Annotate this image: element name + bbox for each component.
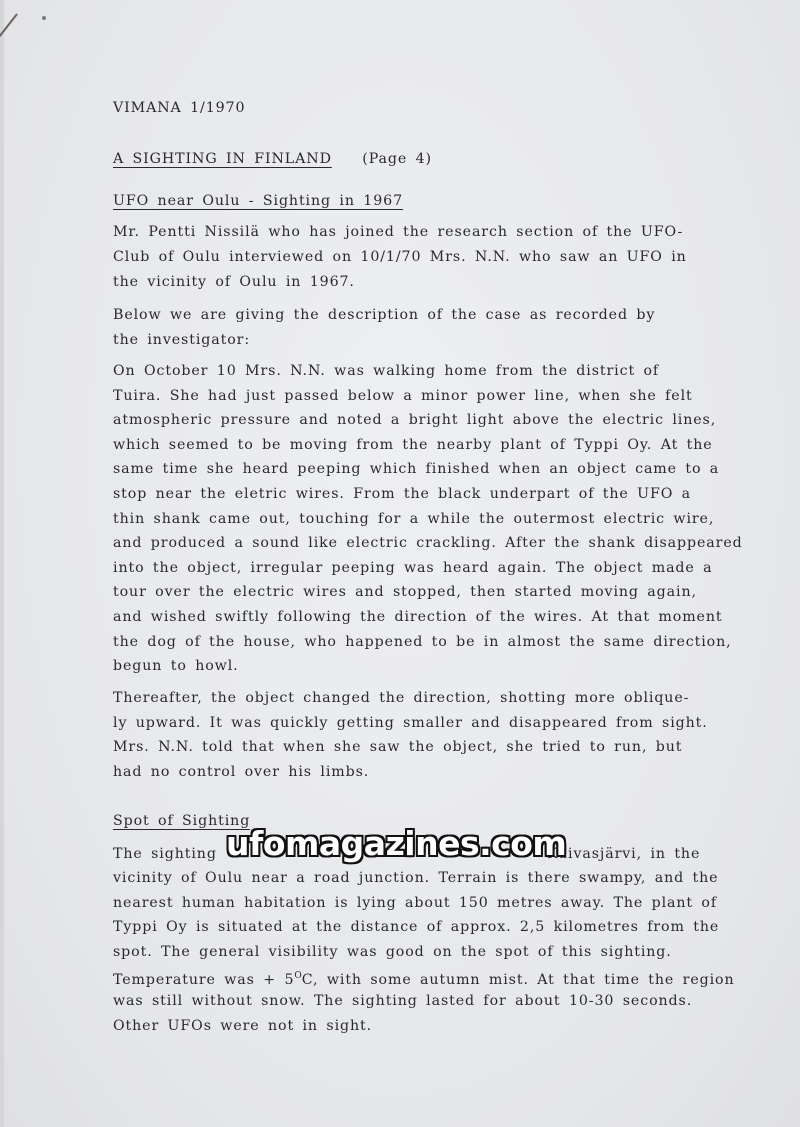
- intro-line: Mr. Pentti Nissilä who has joined the re…: [113, 223, 683, 241]
- text-line: vicinity of Oulu near a road junction. T…: [113, 869, 718, 887]
- watermark: ufomagazines.com: [226, 824, 566, 864]
- temp-prefix: Temperature was + 5: [113, 972, 294, 988]
- text-line: the dog of the house, who happened to be…: [113, 633, 732, 651]
- text-line: had no control over his limbs.: [113, 763, 369, 781]
- spot-text-left: The sighting: [113, 846, 217, 862]
- spot-text-right: Kuivasjärvi, in the: [547, 846, 700, 862]
- section-heading-ufo-near-oulu: UFO near Oulu - Sighting in 1967: [113, 192, 403, 210]
- text-line: tour over the electric wires and stopped…: [113, 583, 697, 601]
- publication-header: VIMANA 1/1970: [113, 99, 245, 117]
- text-line: same time she heard peeping which finish…: [113, 460, 719, 478]
- text-line: stop near the eletric wires. From the bl…: [113, 485, 691, 503]
- text-line: Tuira. She had just passed below a minor…: [113, 387, 693, 405]
- text-line: spot. The general visibility was good on…: [113, 943, 672, 961]
- text-line: Mrs. N.N. told that when she saw the obj…: [113, 738, 682, 756]
- spot-end-line: Other UFOs were not in sight.: [113, 1017, 372, 1035]
- text-line: Thereafter, the object changed the direc…: [113, 689, 689, 707]
- intro-line: Club of Oulu interviewed on 10/1/70 Mrs.…: [113, 248, 687, 266]
- text-line: nearest human habitation is lying about …: [113, 894, 717, 912]
- page-edge: [0, 0, 4, 1127]
- text-line: Typpi Oy is situated at the distance of …: [113, 918, 719, 936]
- intro2-line: the investigator:: [113, 331, 250, 349]
- text-line: and wished swiftly following the directi…: [113, 608, 723, 626]
- article-title: A SIGHTING IN FINLAND: [113, 151, 332, 167]
- text-line: which seemed to be moving from the nearb…: [113, 436, 713, 454]
- text-line: ly upward. It was quickly getting smalle…: [113, 714, 708, 732]
- text-line: and produced a sound like electric crack…: [113, 534, 743, 552]
- degree-sign: O: [294, 971, 301, 981]
- text-line: thin shank came out, touching for a whil…: [113, 510, 714, 528]
- article-title-line: A SIGHTING IN FINLAND (Page 4): [113, 150, 432, 168]
- intro2-line: Below we are giving the description of t…: [113, 306, 655, 324]
- page-ref: (Page 4): [362, 151, 432, 167]
- spot-end-line: was still without snow. The sighting las…: [113, 992, 692, 1010]
- section-heading-text: UFO near Oulu - Sighting in 1967: [113, 193, 403, 209]
- text-line: On October 10 Mrs. N.N. was walking home…: [113, 362, 659, 380]
- pen-dot: [42, 16, 46, 20]
- temperature-line: Temperature was + 5OC, with some autumn …: [113, 967, 735, 989]
- text-line: into the object, irregular peeping was h…: [113, 559, 712, 577]
- document-page: VIMANA 1/1970 A SIGHTING IN FINLAND (Pag…: [0, 0, 800, 1127]
- text-line: begun to howl.: [113, 657, 239, 675]
- text-line: atmospheric pressure and noted a bright …: [113, 411, 716, 429]
- intro-line: the vicinity of Oulu in 1967.: [113, 273, 355, 291]
- temp-suffix: C, with some autumn mist. At that time t…: [302, 972, 735, 988]
